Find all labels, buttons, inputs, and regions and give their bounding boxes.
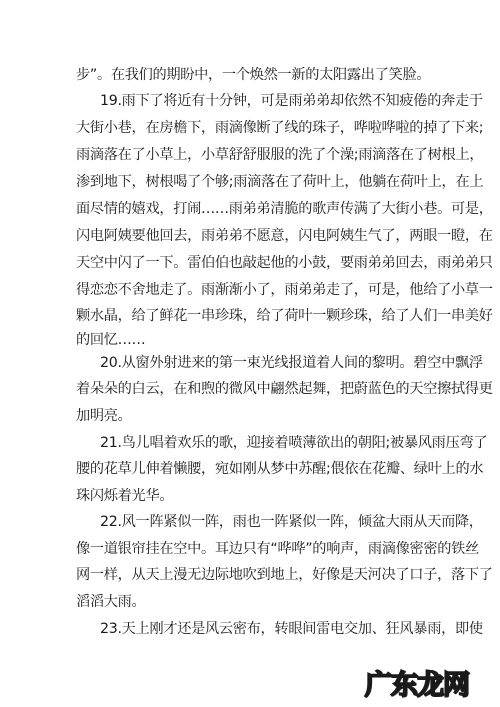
text-line: 网一样，从天上漫无边际地吹到地上，好像是天河决了口子，落下了 bbox=[76, 566, 426, 584]
text-line: 加明亮。 bbox=[76, 407, 426, 425]
text-line: 天空中闪了一下。雷伯伯也敲起他的小鼓，要雨弟弟回去，雨弟弟只 bbox=[76, 254, 426, 272]
text-line: 珠闪烁着光华。 bbox=[76, 487, 426, 505]
text-line: 面尽情的嬉戏，打闹……雨弟弟清脆的歌声传满了大街小巷。可是， bbox=[76, 200, 426, 218]
text-line: 颗水晶，给了鲜花一串珍珠，给了荷叶一颗珍珠，给了人们一串美好 bbox=[76, 307, 426, 325]
document-page: 步”。在我们的期盼中，一个焕然一新的太阳露出了笑脸。19.雨下了将近有十分钟，可… bbox=[0, 0, 500, 707]
text-line: 22.风一阵紧似一阵，雨也一阵紧似一阵，倾盆大雨从天而降， bbox=[100, 513, 426, 531]
text-line: 雨滴落在了小草上，小草舒舒服服的洗了个澡;雨滴落在了树根上， bbox=[76, 146, 426, 164]
text-line: 像一道银帘挂在空中。耳边只有“哗哗”的响声，雨滴像密密的铁丝 bbox=[76, 540, 426, 558]
text-line: 23.天上刚才还是风云密布，转眼间雷电交加、狂风暴雨，即使 bbox=[100, 620, 426, 638]
text-line: 大街小巷，在房檐下，雨滴像断了线的珠子，哗啦哗啦的掉了下来; bbox=[76, 119, 426, 137]
text-line: 21.鸟儿唱着欢乐的歌，迎接着喷薄欲出的朝阳;被暴风雨压弯了 bbox=[100, 434, 426, 452]
text-line: 渗到地下，树根喝了个够;雨滴落在了荷叶上，他躺在荷叶上，在上 bbox=[76, 173, 426, 191]
watermark-logo: 广东龙网 bbox=[365, 663, 469, 702]
text-line: 滔滔大雨。 bbox=[76, 593, 426, 611]
text-line: 20.从窗外射进来的第一束光线报道着人间的黎明。碧空中飘浮 bbox=[100, 354, 426, 372]
text-line: 闪电阿姨要他回去，雨弟弟不愿意，闪电阿姨生气了，两眼一瞪，在 bbox=[76, 227, 426, 245]
text-line: 19.雨下了将近有十分钟，可是雨弟弟却依然不知疲倦的奔走于 bbox=[100, 92, 426, 110]
text-line: 的回忆…… bbox=[76, 331, 426, 349]
text-line: 步”。在我们的期盼中，一个焕然一新的太阳露出了笑脸。 bbox=[76, 66, 426, 84]
text-line: 得恋恋不舍地走了。雨渐渐小了，雨弟弟走了，可是，他给了小草一 bbox=[76, 281, 426, 299]
text-line: 着朵朵的白云，在和煦的微风中翩然起舞，把蔚蓝色的天空擦拭得更 bbox=[76, 380, 426, 398]
text-line: 腰的花草儿伸着懒腰，宛如刚从梦中苏醒;偎依在花瓣、绿叶上的水 bbox=[76, 460, 426, 478]
